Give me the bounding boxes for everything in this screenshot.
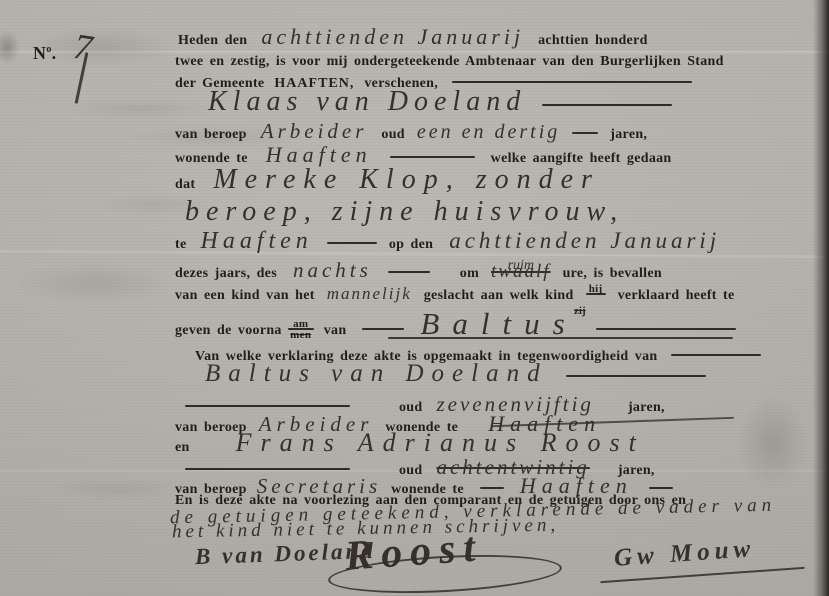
printed-text: jaren, xyxy=(610,127,647,142)
blank-rule xyxy=(185,468,350,470)
blank-rule xyxy=(596,328,736,330)
page-edge-shadow xyxy=(813,0,829,596)
witness1-name: Baltus van Doeland xyxy=(205,360,548,387)
child-gender: mannelijk xyxy=(327,284,412,303)
act-line-10: dezes jaars, des nachts om ruim twaalf u… xyxy=(175,258,662,283)
struck-annotation: zij xyxy=(574,305,586,317)
printed-text: geven de voorna xyxy=(175,323,282,338)
printed-text: op den xyxy=(389,237,433,252)
birth-hour-correction: ruim twaalf xyxy=(491,261,551,283)
doc-number-label: No. xyxy=(33,43,56,63)
birth-hour-inserted: ruim xyxy=(508,258,534,274)
printed-text: geslacht aan welk kind xyxy=(424,288,574,303)
act-line-11: van een kind van het mannelijk geslacht … xyxy=(175,284,735,304)
printed-text: van xyxy=(324,323,347,338)
printed-text: ure, is bevallen xyxy=(563,266,662,281)
blank-rule xyxy=(362,328,404,330)
mother-description: beroep, zijne huisvrouw, xyxy=(185,196,624,227)
pronoun-inserted: hij xyxy=(589,283,603,295)
bleedthrough-smudge xyxy=(50,480,180,498)
pronoun-insertion: hij xyxy=(586,286,606,304)
child-name: Baltus xyxy=(420,306,577,341)
printed-text: oud xyxy=(381,127,404,142)
printed-text: om xyxy=(460,266,479,281)
act-line-4: Klaas van Doeland xyxy=(208,86,672,118)
act-line-1: Heden den achttienden Januarij achttien … xyxy=(178,24,648,50)
printed-text: achttien honderd xyxy=(538,33,648,48)
birth-certificate-scan: No. 7 Heden den achttienden Januarij ach… xyxy=(0,0,829,596)
blank-rule xyxy=(572,132,598,134)
printed-text: verklaard heeft te xyxy=(618,288,735,303)
bleedthrough-smudge xyxy=(15,262,175,304)
signature-official: Gw Mouw xyxy=(613,535,756,573)
printed-text: jaren, xyxy=(628,400,665,415)
voornaam-correction: am men xyxy=(288,321,314,339)
blank-rule xyxy=(671,354,761,356)
blank-rule xyxy=(452,81,692,83)
act-line-8: beroep, zijne huisvrouw, xyxy=(185,196,624,228)
birth-date: achttienden Januarij xyxy=(449,228,720,253)
printed-text: van beroep xyxy=(175,127,247,142)
blank-rule xyxy=(388,337,733,339)
child-name-wrap: Baltus zij xyxy=(420,321,581,338)
blank-rule xyxy=(542,104,672,106)
printed-text: twee en zestig, is voor mij ondergeteeke… xyxy=(175,54,724,69)
edge-ink-mark xyxy=(0,30,20,64)
declarant-occupation: Arbeider xyxy=(261,119,368,143)
printed-text: dezes jaars, des xyxy=(175,266,277,281)
declarant-age: een en dertig xyxy=(417,121,560,143)
blank-rule xyxy=(388,271,430,273)
blank-rule xyxy=(566,375,706,377)
bleedthrough-smudge xyxy=(738,395,808,490)
handwritten-date: achttienden Januarij xyxy=(261,24,524,49)
blank-rule xyxy=(649,487,673,489)
bleedthrough-smudge xyxy=(60,98,220,120)
declarant-name: Klaas van Doeland xyxy=(208,86,526,117)
act-line-14: Baltus van Doeland xyxy=(205,360,706,388)
blank-rule xyxy=(390,156,475,158)
printed-text: van een kind van het xyxy=(175,288,315,303)
correction-struck: men xyxy=(290,329,311,341)
printed-text: dat xyxy=(175,177,195,192)
mother-name: Mereke Klop, zonder xyxy=(213,164,600,195)
act-line-9: te Haaften op den achttienden Januarij xyxy=(175,228,720,255)
witness2-name: Frans Adrianus Roost xyxy=(236,428,645,457)
act-line-2: twee en zestig, is voor mij ondergeteeke… xyxy=(175,52,724,70)
birth-place: Haaften xyxy=(200,228,312,254)
blank-rule xyxy=(185,405,350,407)
printed-text: Heden den xyxy=(178,33,247,48)
birth-time-of-day: nachts xyxy=(293,258,372,282)
printed-text: en xyxy=(175,440,190,455)
printed-text: te xyxy=(175,237,186,252)
act-line-5: van beroep Arbeider oud een en dertig ja… xyxy=(175,119,647,144)
blank-rule xyxy=(327,242,377,244)
blank-rule xyxy=(480,487,504,489)
act-line-7: dat Mereke Klop, zonder xyxy=(175,164,600,196)
act-line-17: en Frans Adrianus Roost xyxy=(175,428,645,458)
